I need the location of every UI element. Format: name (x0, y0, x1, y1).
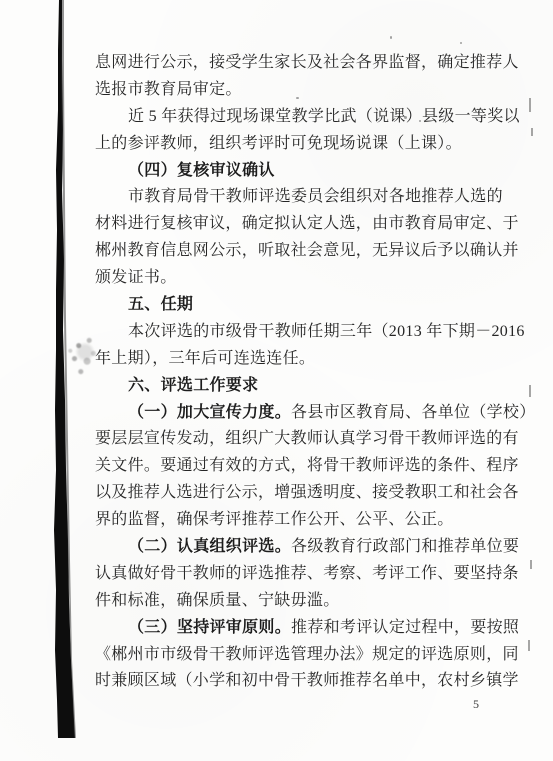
document-lines: 息网进行公示，接受学生家长及社会各界监督，确定推荐人选报市教育局审定。近 5 年… (95, 50, 485, 695)
scan-dash (529, 385, 531, 397)
heading-text: （一）加大宣传力度。 (128, 404, 291, 421)
text-line: 年上期），三年后可连选连任。 (95, 346, 485, 373)
body-text: 要层层宣传发动，组织广大教师认真学习骨干教师评选的有 (95, 430, 519, 447)
text-line: 郴州教育信息网公示，听取社会意见，无异议后予以确认并 (95, 238, 485, 265)
text-line: 材料进行复核审议，确定拟认定人选，由市教育局审定、于 (95, 211, 485, 238)
body-text: 近 5 年获得过现场课堂教学比武（说课）县级一等奖以 (128, 108, 520, 125)
body-text: 材料进行复核审议，确定拟认定人选，由市教育局审定、于 (95, 215, 519, 232)
body-text: 《郴州市市级骨干教师评选管理办法》规定的评选原则，同 (95, 646, 519, 663)
body-text: 各级教育行政部门和推荐单位要 (291, 538, 519, 555)
text-line: （三）坚持评审原则。推荐和考评认定过程中，要按照 (95, 615, 485, 642)
text-line: （四）复核审议确认 (95, 158, 485, 185)
scan-dash (529, 98, 531, 112)
body-text: 郴州教育信息网公示，听取社会意见，无异议后予以确认并 (95, 242, 519, 259)
text-line: （一）加大宣传力度。各县市区教育局、各单位（学校） (95, 400, 485, 427)
scanned-document-page: 息网进行公示，接受学生家长及社会各界监督，确定推荐人选报市教育局审定。近 5 年… (0, 0, 553, 761)
body-text: 界的监督，确保考评推荐工作公开、公平、公正。 (95, 511, 454, 528)
body-text: 以及推荐人选进行公示，增强透明度、接受教职工和社会各 (95, 484, 519, 501)
scan-speck (460, 42, 462, 44)
scan-speck (390, 36, 392, 39)
text-line: 六、评选工作要求 (95, 373, 485, 400)
text-line: 界的监督，确保考评推荐工作公开、公平、公正。 (95, 507, 485, 534)
text-line: （二）认真组织评选。各级教育行政部门和推荐单位要 (95, 534, 485, 561)
text-line: 件和标准，确保质量、宁缺毋滥。 (95, 588, 485, 615)
page-number: 5 (473, 697, 479, 712)
text-line: 颁发证书。 (95, 265, 485, 292)
body-text: 时兼顾区域（小学和初中骨干教师推荐名单中，农村乡镇学 (95, 672, 519, 689)
text-line: 本次评选的市级骨干教师任期三年（2013 年下期－2016 (95, 319, 485, 346)
heading-text: （四）复核审议确认 (128, 162, 275, 179)
text-line: 认真做好骨干教师的评选推荐、考察、考评工作、要坚持条 (95, 561, 485, 588)
body-text: 各县市区教育局、各单位（学校） (291, 404, 536, 421)
text-line: 近 5 年获得过现场课堂教学比武（说课）县级一等奖以 (95, 104, 485, 131)
text-line: 选报市教育局审定。 (95, 77, 485, 104)
body-text: 推荐和考评认定过程中，要按照 (291, 619, 519, 636)
body-text: 市教育局骨干教师评选委员会组织对各地推荐人选的 (128, 188, 503, 205)
scan-dash (530, 560, 532, 569)
body-text: 件和标准，确保质量、宁缺毋滥。 (95, 592, 340, 609)
heading-text: （三）坚持评审原则。 (128, 619, 291, 636)
body-text: 息网进行公示，接受学生家长及社会各界监督，确定推荐人 (95, 54, 519, 71)
body-text: 年上期），三年后可连选连任。 (95, 350, 315, 367)
body-text: 颁发证书。 (95, 269, 177, 286)
body-text: 认真做好骨干教师的评选推荐、考察、考评工作、要坚持条 (95, 565, 519, 582)
scan-dash (528, 640, 530, 651)
body-text: 上的参评教师，组织考评时可免现场说课（上课）。 (95, 135, 462, 152)
text-line: 上的参评教师，组织考评时可免现场说课（上课）。 (95, 131, 485, 158)
heading-text: （二）认真组织评选。 (128, 538, 291, 555)
scan-dash (531, 128, 533, 136)
text-line: 以及推荐人选进行公示，增强透明度、接受教职工和社会各 (95, 480, 485, 507)
body-text: 关文件。要通过有效的方式，将骨干教师评选的条件、程序 (95, 457, 519, 474)
text-line: 要层层宣传发动，组织广大教师认真学习骨干教师评选的有 (95, 426, 485, 453)
heading-text: 六、评选工作要求 (128, 377, 258, 394)
body-text: 选报市教育局审定。 (95, 81, 242, 98)
text-line: 五、任期 (95, 292, 485, 319)
text-line: 《郴州市市级骨干教师评选管理办法》规定的评选原则，同 (95, 642, 485, 669)
heading-text: 五、任期 (128, 296, 193, 313)
text-line: 息网进行公示，接受学生家长及社会各界监督，确定推荐人 (95, 50, 485, 77)
text-line: 时兼顾区域（小学和初中骨干教师推荐名单中，农村乡镇学 (95, 668, 485, 695)
text-line: 关文件。要通过有效的方式，将骨干教师评选的条件、程序 (95, 453, 485, 480)
text-line: 市教育局骨干教师评选委员会组织对各地推荐人选的 (95, 184, 485, 211)
body-text: 本次评选的市级骨干教师任期三年（2013 年下期－2016 (128, 323, 525, 340)
